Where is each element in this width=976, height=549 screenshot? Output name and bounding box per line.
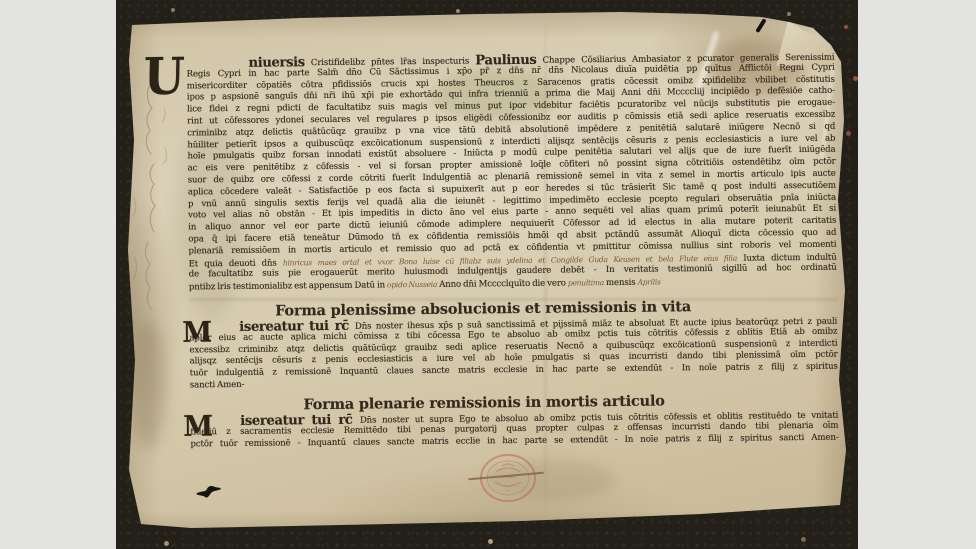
printed-text: Et quia deuoti dn̄s [189, 258, 283, 269]
manuscript-text: opido Nusseia [387, 280, 437, 290]
pin-dot [171, 8, 175, 12]
pin-dot [164, 541, 169, 546]
pin-dot [844, 25, 848, 29]
printed-text: Anno dn̄i Mcccclquīto die vero [437, 279, 568, 290]
printed-text: pntibz lris testimonialibz est appensum … [189, 280, 387, 292]
photo-backdrop: U niuersis Cristifidelibz pn̄tes lr̄as i… [116, 0, 858, 549]
manuscript-text: penultima [568, 278, 604, 287]
display-text: isereatur tui rc̄ [240, 412, 360, 428]
form-remission-in-mortis: isereatur tui rc̄ Dn̄s noster ut supra E… [190, 409, 838, 451]
printed-text: Iuxta dictum indultū [737, 252, 837, 263]
ink-blot [194, 482, 224, 504]
article-hero-image: U niuersis Cristifidelibz pn̄tes lr̄as i… [0, 0, 976, 549]
display-text: isereatur tui rc̄ [239, 318, 355, 334]
pin-dot [456, 9, 460, 13]
display-text: Paulinus [475, 52, 536, 68]
pin-dot [801, 537, 806, 542]
display-text: niuersis [248, 55, 304, 71]
pin-dot [787, 12, 791, 16]
pin-dot [488, 539, 493, 544]
initial-U: U [143, 52, 185, 103]
manuscript-text: Aprilis [637, 278, 660, 287]
printed-text: sancti Amen- [190, 380, 245, 391]
pin-dot [853, 76, 858, 81]
printed-text: mensis [604, 278, 638, 288]
form-absolution-in-vita: isereatur tui rc̄ Dn̄s noster ihesus xp̄… [189, 315, 838, 393]
parchment-sheet: U niuersis Cristifidelibz pn̄tes lr̄as i… [116, 0, 858, 549]
pin-dot [846, 131, 851, 136]
indulgence-main-text: niuersis Cristifidelibz pn̄tes lr̄as ins… [186, 51, 836, 294]
